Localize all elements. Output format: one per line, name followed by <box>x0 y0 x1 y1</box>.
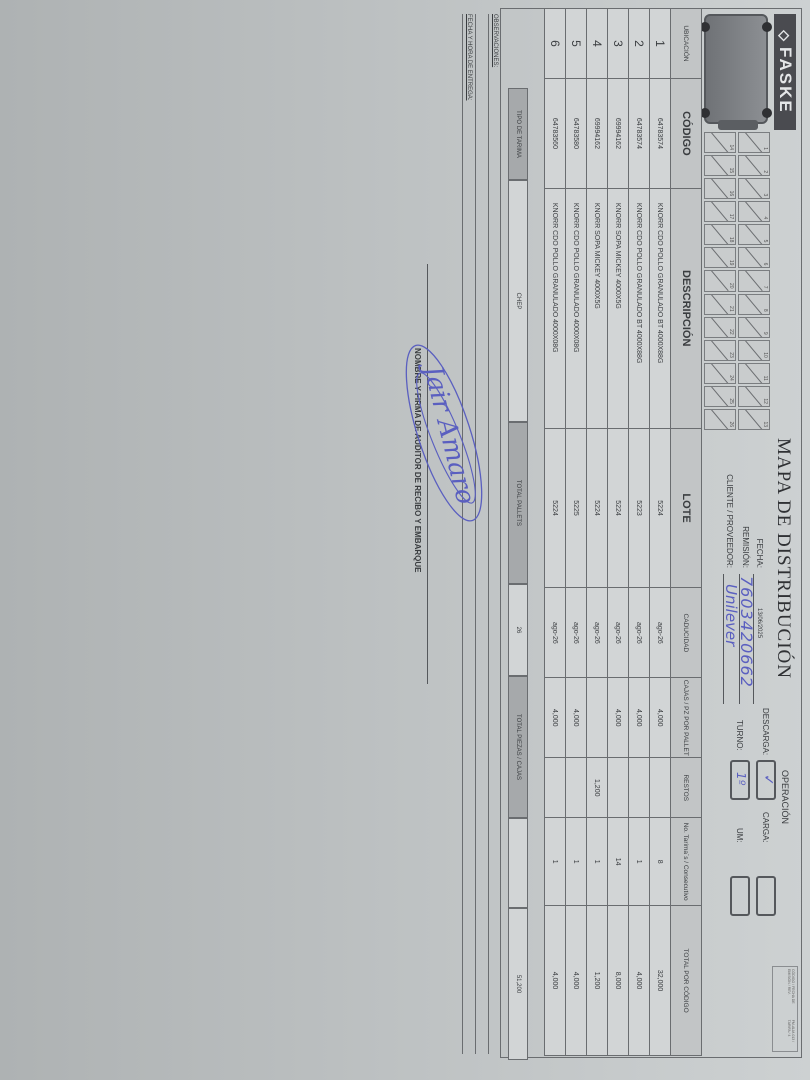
wheel-icon <box>762 22 772 32</box>
cell-lote: 5224 <box>650 428 671 588</box>
cell-restos <box>608 758 629 818</box>
pallet-slot: 2 <box>738 155 770 176</box>
pallet-slot: 16 <box>704 178 736 199</box>
pallet-slot: 23 <box>704 340 736 361</box>
cell-codigo: 64783574 <box>650 78 671 188</box>
pallet-slot: 1 <box>738 132 770 153</box>
column-header: LOTE <box>671 428 702 588</box>
cell-codigo: 64783560 <box>545 78 566 188</box>
cell-ubicacion: 2 <box>629 9 650 79</box>
cell-descripcion: KNORR SOPA MICKEY 4000X5G <box>608 188 629 428</box>
cell-descripcion: KNORR CDO POLLO GRANULADO BT 4000X88G <box>650 188 671 428</box>
table-row: 164783574KNORR CDO POLLO GRANULADO BT 40… <box>650 9 671 1056</box>
auditor-signature: Jair Amaro <box>392 338 502 528</box>
carga-checkbox[interactable] <box>756 876 776 916</box>
turno-label: TURNO: <box>735 720 744 751</box>
pallet-slot: 18 <box>704 224 736 245</box>
pallet-slot: 5 <box>738 224 770 245</box>
cell-cajas-por-pallet: 4,000 <box>629 678 650 758</box>
truck-icon <box>704 14 768 124</box>
distribution-map-sheet: ◇ FASKE 12345678910111213141516171819202… <box>382 8 802 1068</box>
tipo-tarima-label: TIPO DE TARIMA <box>508 88 528 180</box>
pallet-slot: 8 <box>738 294 770 315</box>
cell-no-tarimas: 8 <box>650 818 671 906</box>
column-header: CAJAS / PZ POR PALLET <box>671 678 702 758</box>
total-pallets-label: TOTAL PALLETS <box>508 422 528 584</box>
cell-caducidad: ago-26 <box>545 588 566 678</box>
faske-logo: ◇ FASKE <box>774 14 796 130</box>
cell-total: 8,000 <box>608 906 629 1056</box>
wheel-icon <box>762 108 772 118</box>
pallet-slot: 11 <box>738 363 770 384</box>
pallet-slot: 19 <box>704 247 736 268</box>
total-pallets-value: 26 <box>508 584 528 676</box>
cell-total: 32,000 <box>650 906 671 1056</box>
table-row: 564783580KNORR CDO POLLO GRANULADO 4000X… <box>566 9 587 1056</box>
cell-no-tarimas: 14 <box>608 818 629 906</box>
descarga-checkbox[interactable]: ✓ <box>756 760 776 800</box>
pallet-slot: 12 <box>738 386 770 407</box>
cell-descripcion: KNORR CDO POLLO GRANULADO BT 4000X88G <box>629 188 650 428</box>
cell-no-tarimas: 1 <box>629 818 650 906</box>
remision-label: REMISIÓN: <box>741 428 750 568</box>
carga-label: CARGA: <box>761 812 770 843</box>
descarga-label: DESCARGA: <box>761 708 770 755</box>
cell-codigo: 64783580 <box>566 78 587 188</box>
fecha-hora-entrega-label: FECHA Y HORA DE ENTREGA: <box>466 14 472 100</box>
cell-no-tarimas: 1 <box>587 818 608 906</box>
cell-cajas-por-pallet: 4,000 <box>608 678 629 758</box>
cell-cajas-por-pallet <box>587 678 608 758</box>
cliente-value: Unilever <box>722 584 740 646</box>
cell-caducidad: ago-26 <box>587 588 608 678</box>
um-label: UM: <box>735 828 744 843</box>
column-header: CADUCIDAD <box>671 588 702 678</box>
pallet-slot: 4 <box>738 201 770 222</box>
table-footer: TIPO DE TARIMA CHEP TOTAL PALLETS 26 TOT… <box>508 8 528 1060</box>
table-row: 264783574KNORR CDO POLLO GRANULADO BT 40… <box>629 9 650 1056</box>
cell-ubicacion: 1 <box>650 9 671 79</box>
cell-restos: 1,200 <box>587 758 608 818</box>
pallet-slot: 6 <box>738 247 770 268</box>
cell-ubicacion: 3 <box>608 9 629 79</box>
cell-restos <box>566 758 587 818</box>
pallet-slot: 24 <box>704 363 736 384</box>
cell-no-tarimas: 1 <box>545 818 566 906</box>
pallet-slot: 26 <box>704 409 736 430</box>
cell-caducidad: ago-26 <box>608 588 629 678</box>
cell-ubicacion: 5 <box>566 9 587 79</box>
cell-total: 4,000 <box>629 906 650 1056</box>
cell-restos <box>545 758 566 818</box>
cell-cajas-por-pallet: 4,000 <box>566 678 587 758</box>
cell-restos <box>650 758 671 818</box>
pallet-slot: 14 <box>704 132 736 153</box>
fecha-label: FECHA: <box>755 428 764 568</box>
brand-name: FASKE <box>775 47 795 114</box>
um-field[interactable] <box>730 876 750 916</box>
column-header: RESTOS <box>671 758 702 818</box>
total-piezas-value: 51,200 <box>508 908 528 1060</box>
cell-total: 1,200 <box>587 906 608 1056</box>
table-row: 369994162KNORR SOPA MICKEY 4000X5G5224ag… <box>608 9 629 1056</box>
column-header: CÓDIGO <box>671 78 702 188</box>
pallet-slot: 3 <box>738 178 770 199</box>
column-header: UBICACIÓN <box>671 9 702 79</box>
table-row: 664783560KNORR CDO POLLO GRANULADO 4000X… <box>545 9 566 1056</box>
fecha-value: 13/06/2025 <box>756 608 762 638</box>
page-title: MAPA DE DISTRIBUCIÓN <box>772 438 794 679</box>
pallet-slot: 20 <box>704 270 736 291</box>
cell-codigo: 69994162 <box>587 78 608 188</box>
document-control-box: CÓDIGO / FECHA DE EMISIÓN / REV. FM-ALM-… <box>772 966 798 1052</box>
total-piezas-label: TOTAL PIEZAS / CAJAS <box>508 676 528 818</box>
operacion-title: OPERACIÓN <box>780 770 790 824</box>
cell-lote: 5224 <box>545 428 566 588</box>
cell-lote: 5223 <box>629 428 650 588</box>
cell-cajas-por-pallet: 4,000 <box>650 678 671 758</box>
pallet-position-grid: 1234567891011121314151617181920212223242… <box>704 132 770 430</box>
pallet-slot: 25 <box>704 386 736 407</box>
column-header: DESCRIPCIÓN <box>671 188 702 428</box>
cell-ubicacion: 6 <box>545 9 566 79</box>
cell-descripcion: KNORR CDO POLLO GRANULADO 4000X08G <box>566 188 587 428</box>
cell-no-tarimas: 1 <box>566 818 587 906</box>
table-header-row: UBICACIÓNCÓDIGODESCRIPCIÓNLOTECADUCIDADC… <box>671 9 702 1056</box>
cell-lote: 5225 <box>566 428 587 588</box>
cell-cajas-por-pallet: 4,000 <box>545 678 566 758</box>
logo-diamond-icon: ◇ <box>777 30 794 43</box>
table-row: 469994162KNORR SOPA MICKEY 4000X5G5224ag… <box>587 9 608 1056</box>
tipo-tarima-value: CHEP <box>508 180 528 422</box>
cell-lote: 5224 <box>608 428 629 588</box>
column-header: TOTAL POR CÓDIGO <box>671 906 702 1056</box>
cell-ubicacion: 4 <box>587 9 608 79</box>
pallet-slot: 21 <box>704 294 736 315</box>
cell-total: 4,000 <box>566 906 587 1056</box>
cell-caducidad: ago-26 <box>566 588 587 678</box>
turno-field[interactable]: 1º <box>730 760 750 800</box>
cell-codigo: 69994162 <box>608 78 629 188</box>
pallet-slot: 10 <box>738 340 770 361</box>
pallet-slot: 17 <box>704 201 736 222</box>
cell-restos <box>629 758 650 818</box>
cell-lote: 5224 <box>587 428 608 588</box>
table-body: 164783574KNORR CDO POLLO GRANULADO BT 40… <box>545 9 671 1056</box>
pallet-slot: 22 <box>704 317 736 338</box>
distribution-table: UBICACIÓNCÓDIGODESCRIPCIÓNLOTECADUCIDADC… <box>544 8 702 1056</box>
cell-total: 4,000 <box>545 906 566 1056</box>
cliente-label: CLIENTE / PROVEEDOR: <box>725 428 734 568</box>
cell-descripcion: KNORR CDO POLLO GRANULADO 4000X08G <box>545 188 566 428</box>
column-header: No. Tarima´s / Consecutivo <box>671 818 702 906</box>
cell-caducidad: ago-26 <box>629 588 650 678</box>
cell-caducidad: ago-26 <box>650 588 671 678</box>
pallet-slot: 7 <box>738 270 770 291</box>
pallet-slot: 15 <box>704 155 736 176</box>
cell-codigo: 64783574 <box>629 78 650 188</box>
pallet-slot: 9 <box>738 317 770 338</box>
cell-descripcion: KNORR SOPA MICKEY 4000X5G <box>587 188 608 428</box>
pallet-slot: 13 <box>738 409 770 430</box>
observaciones-label: OBSERVACIONES: <box>492 14 498 67</box>
